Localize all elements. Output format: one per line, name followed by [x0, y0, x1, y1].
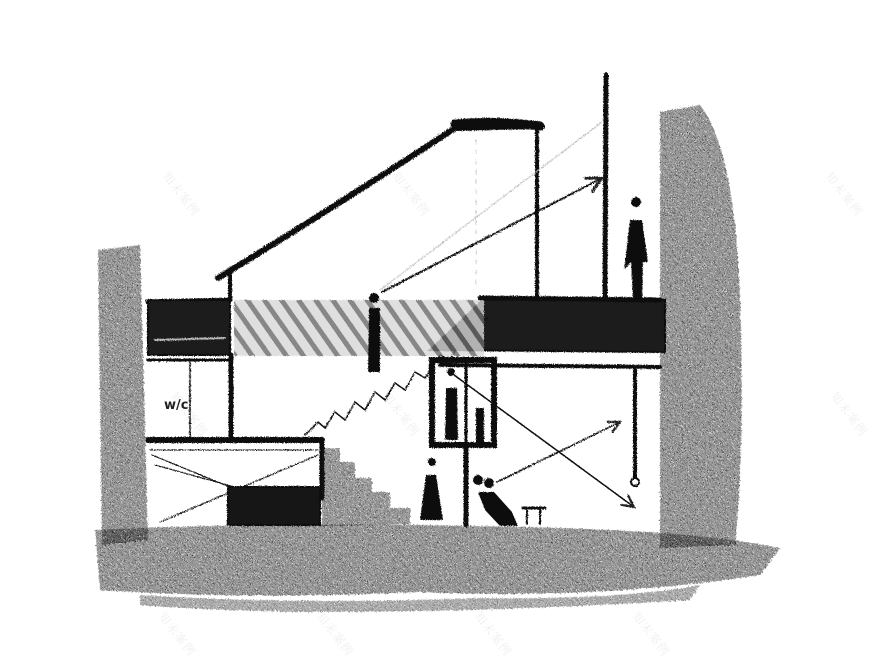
glazing-band	[234, 300, 484, 356]
roof-slope	[218, 126, 540, 278]
sight-arrow-rise	[497, 422, 620, 482]
tall-mast	[605, 75, 606, 298]
right-wall	[660, 105, 742, 548]
left-wall	[98, 245, 148, 545]
section-sketch	[0, 0, 880, 660]
